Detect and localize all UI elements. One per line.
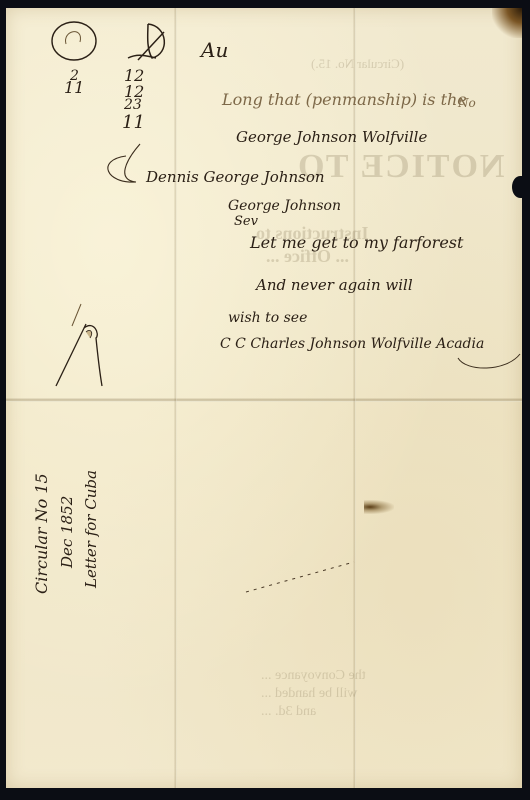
vertical-fold-left <box>174 8 177 788</box>
circle-mark-icon <box>44 16 104 66</box>
horizontal-fold <box>6 398 522 402</box>
d-mark-icon <box>118 18 178 68</box>
ghost-header: (Circular No. 15.) <box>311 56 404 72</box>
corner-stain <box>492 8 522 38</box>
docket-line-3: Letter for Cuba <box>82 470 100 588</box>
salutation: Au <box>201 38 228 62</box>
sum-line-3: 23 <box>124 97 142 113</box>
letter-line-6: Let me get to my farforest <box>250 233 463 252</box>
letter-line-4: George Johnson <box>228 198 341 214</box>
letter-line-1: Long that (penmanship) is the <box>222 90 467 109</box>
letter-line-9: C C Charles Johnson Wolfville Acadia <box>220 336 484 352</box>
pen-sketch-icon <box>46 298 106 398</box>
letter-line-5: Sev <box>234 214 258 229</box>
ghost-title: NOTICE TO <box>296 148 505 186</box>
ink-stain <box>364 500 394 514</box>
fraction-denominator: 11 <box>64 78 84 97</box>
stray-ink-line <box>244 558 364 598</box>
docket-line-2: Dec 1852 <box>58 496 76 568</box>
letter-line-8: wish to see <box>228 310 307 326</box>
letter-line-2: George Johnson Wolfville <box>236 128 427 146</box>
letter-line-7: And never again will <box>256 276 413 294</box>
ghost-line-3: and 3d. ... <box>261 704 316 720</box>
paper-sheet: (Circular No. 15.) NOTICE TO Instruction… <box>6 8 522 788</box>
ghost-line-2: will be handed ... <box>261 686 357 702</box>
docket-line-1: Circular No 15 <box>32 473 51 594</box>
edge-tear <box>512 176 528 198</box>
signature-flourish-icon <box>456 348 526 378</box>
margin-note: No <box>458 96 476 110</box>
ghost-line-1: the Convoyance ... <box>261 668 366 684</box>
sum-line-4: 11 <box>122 112 145 133</box>
letter-line-3: Dennis George Johnson <box>146 168 325 186</box>
